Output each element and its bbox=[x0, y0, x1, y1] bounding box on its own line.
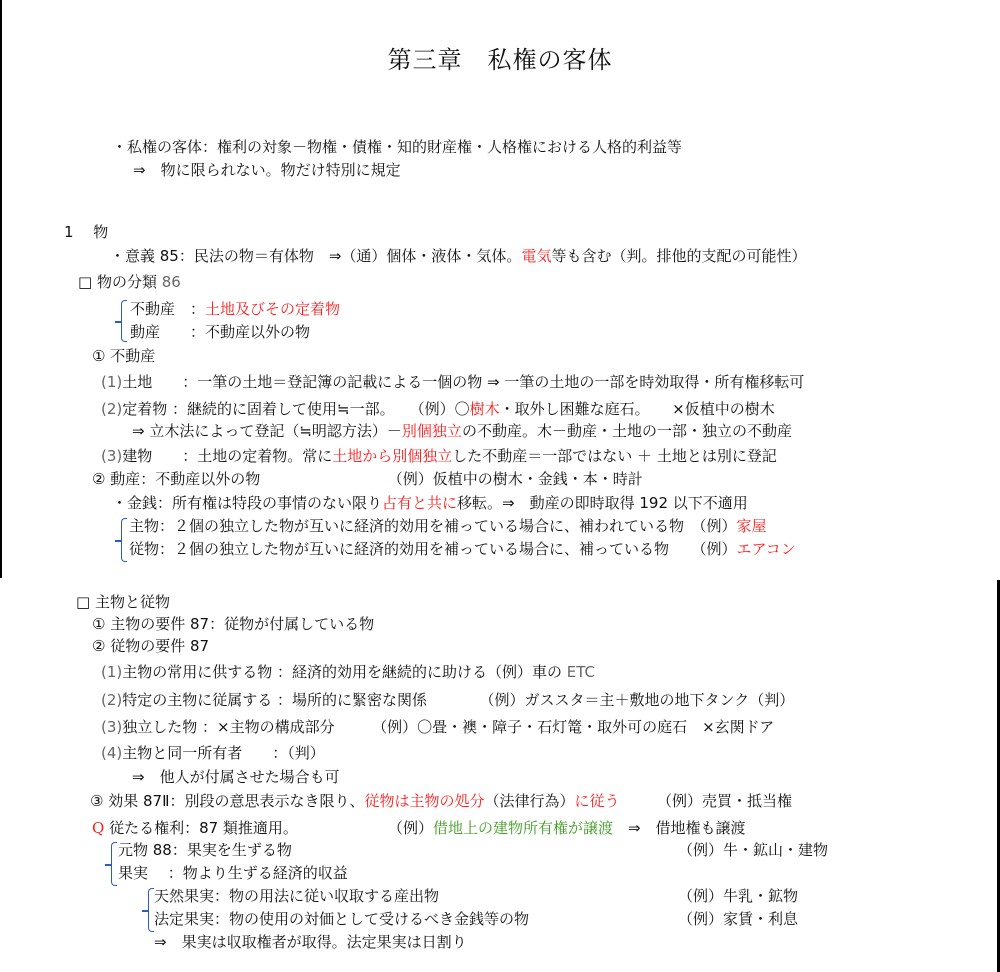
movable-definition: 動産 ：不動産以外の物 bbox=[130, 322, 310, 342]
effect-line: ③ 効果 87Ⅱ：別段の意思表示なき限り、従物は主物の処分（法律行為）に従う （… bbox=[90, 791, 792, 811]
money-line: ・金銭：所有権は特段の事情のない限り占有と共に移転。⇒ 動産の即時取得 192 … bbox=[112, 493, 748, 513]
fixture-note: ⇒ 立木法によって登記（≒明認方法）－別個独立の不動産。木－動産・土地の一部・独… bbox=[132, 421, 792, 441]
brace-bracket bbox=[121, 300, 127, 342]
requirement-item: (2)特定の主物に従属する ：場所的に緊密な関係 （例）ガススタ＝主＋敷地の地下… bbox=[101, 690, 794, 710]
movables-heading: ② 動産：不動産以外の物 （例）仮植中の樹木・金銭・本・時計 bbox=[92, 469, 643, 489]
intro-note: ⇒ 物に限られない。物だけ特別に規定 bbox=[133, 160, 401, 180]
legal-fruit-definition: 法定果実：物の使用の対価として受けるべき金銭等の物 bbox=[154, 909, 529, 929]
immovables-heading: ① 不動産 bbox=[92, 346, 155, 366]
requirement-note: ⇒ 他人が付属させた場合も可 bbox=[132, 767, 340, 787]
natural-fruit-example: （例）牛乳・鉱物 bbox=[678, 886, 798, 906]
brace-bracket bbox=[121, 518, 127, 562]
principal-definition: 主物：２個の独立した物が互いに経済的効用を補っている場合に、補われている物 （例… bbox=[129, 516, 767, 536]
principal-requirement: ① 主物の要件 87：従物が付属している物 bbox=[92, 614, 374, 634]
section-heading: 1 物 bbox=[64, 222, 108, 242]
brace-bracket bbox=[111, 842, 117, 886]
requirement-item: (1)主物の常用に供する物 ：経済的効用を継続的に助ける（例）車の ETC bbox=[101, 662, 595, 682]
question-line: Q 従たる権利：87 類推適用。 （例）借地上の建物所有権が譲渡 ⇒ 借地権も譲… bbox=[92, 818, 746, 838]
accessory-definition: 従物：２個の独立した物が互いに経済的効用を補っている場合に、補っている物 （例）… bbox=[129, 539, 796, 559]
origin-example: （例）牛・鉱山・建物 bbox=[678, 840, 828, 860]
intro-line: ・私権の客体：権利の対象－物権・債権・知的財産権・人格権における人格的利益等 bbox=[112, 137, 682, 157]
origin-definition: 元物 88：果実を生ずる物 bbox=[118, 840, 292, 860]
page-title: 第三章 私権の客体 bbox=[0, 40, 1000, 75]
land-item: (1)土地 ：一筆の土地＝登記簿の記載による一個の物 ⇒ 一筆の土地の一部を時効… bbox=[101, 372, 804, 392]
classification-heading: □ 物の分類 86 bbox=[78, 272, 181, 292]
requirement-item: (3)独立した物 ：×主物の構成部分 （例）〇畳・襖・障子・石灯篭・取外可の庭石… bbox=[101, 717, 774, 737]
fixture-item: (2)定着物 ：継続的に固着して使用≒一部。 （例）〇樹木・取外し困難な庭石。 … bbox=[101, 399, 775, 419]
fruit-definition: 果実 ：物より生ずる経済的収益 bbox=[118, 863, 348, 883]
principal-accessory-heading: □ 主物と従物 bbox=[76, 592, 170, 612]
immovable-definition: 不動産 ：土地及びその定着物 bbox=[130, 299, 340, 319]
legal-fruit-example: （例）家賃・利息 bbox=[678, 909, 798, 929]
accessory-requirement: ② 従物の要件 87 bbox=[92, 636, 209, 656]
requirement-item: (4)主物と同一所有者 ：（判） bbox=[101, 743, 325, 763]
highlight-text: 電気 bbox=[521, 247, 551, 265]
fruits-note: ⇒ 果実は収取権者が取得。法定果実は日割り bbox=[154, 932, 467, 952]
building-item: (3)建物 ：土地の定着物。常に土地から別個独立した不動産＝一部ではない ＋ 土… bbox=[101, 446, 777, 466]
meaning-line: ・意義 85：民法の物＝有体物 ⇒（通）個体・液体・気体。電気等も含む（判。排他… bbox=[110, 246, 806, 266]
page-border-left bbox=[0, 0, 2, 578]
natural-fruit-definition: 天然果実：物の用法に従い収取する産出物 bbox=[154, 886, 439, 906]
question-marker: Q bbox=[92, 819, 104, 837]
